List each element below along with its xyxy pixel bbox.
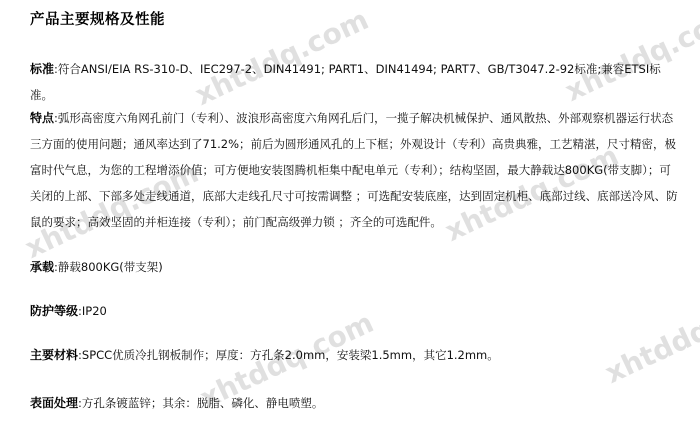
spec-value: IP20: [82, 304, 107, 318]
spec-value: 方孔条镀蓝锌；其余：脱脂、磷化、静电喷塑。: [82, 396, 324, 410]
spec-label: 承载: [30, 260, 54, 274]
spec-label: 防护等级: [30, 304, 78, 318]
spec-page: xhtddq.com xhtddq.com xhtddq.com xhtddq.…: [0, 0, 700, 421]
page-title: 产品主要规格及性能: [30, 8, 165, 29]
spec-surface-treatment: 表面处理:方孔条镀蓝锌；其余：脱脂、磷化、静电喷塑。: [30, 390, 680, 416]
spec-value: SPCC优质冷扎钢板制作；厚度：方孔条2.0mm，安装梁1.5mm，其它1.2m…: [82, 348, 499, 362]
spec-value: 符合ANSI/EIA RS-310-D、IEC297-2、DIN41491; P…: [30, 62, 661, 102]
spec-label: 标准: [30, 62, 54, 76]
spec-label: 主要材料: [30, 348, 78, 362]
spec-material: 主要材料:SPCC优质冷扎钢板制作；厚度：方孔条2.0mm，安装梁1.5mm，其…: [30, 342, 680, 368]
spec-label: 表面处理: [30, 396, 78, 410]
spec-features: 特点:弧形高密度六角网孔前门（专利）、波浪形高密度六角网孔后门，一揽子解决机械保…: [30, 105, 680, 235]
spec-label: 特点: [30, 111, 54, 125]
spec-value: 弧形高密度六角网孔前门（专利）、波浪形高密度六角网孔后门，一揽子解决机械保护、通…: [30, 111, 678, 229]
spec-value: 静载800KG(带支架): [58, 260, 163, 274]
spec-load: 承载:静载800KG(带支架): [30, 254, 680, 280]
spec-protection-level: 防护等级:IP20: [30, 298, 680, 324]
spec-standard: 标准:符合ANSI/EIA RS-310-D、IEC297-2、DIN41491…: [30, 56, 680, 108]
